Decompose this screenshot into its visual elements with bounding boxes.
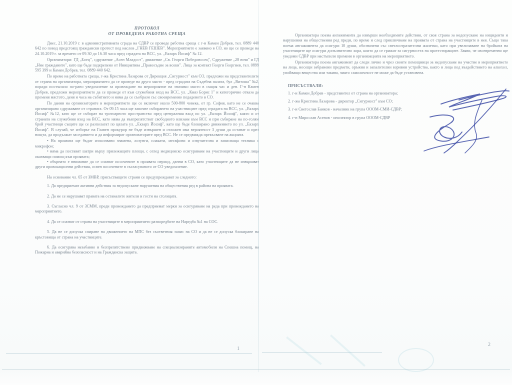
signature-stroke [424, 137, 489, 151]
list-item: 3. Съгласно чл. 9 от ЗСММ, преди провежд… [35, 204, 259, 214]
scan-edge-artifact [6, 353, 252, 354]
list-item: 5. Да не се допуска спиране на движениет… [35, 230, 259, 240]
page-number: 2 [488, 343, 491, 348]
scan-streak-artifact [330, 335, 366, 367]
list-item: 2. Да не се нарушават правата на останал… [35, 194, 259, 199]
paragraph: Организатора поема ангажимент да следи л… [283, 60, 508, 76]
bullet-item: • обърнато е внимание да се спазват посо… [35, 159, 259, 169]
scan-streak-artifact [398, 348, 434, 372]
scan-edge-artifact [262, 352, 382, 353]
scan-streak-artifact [286, 336, 322, 365]
signature-stroke [441, 91, 509, 110]
signature-ink [398, 82, 512, 162]
document-subtitle: ОТ ПРОВЕДЕНА РАБОТНА СРЕЩА [35, 31, 259, 36]
page-number: 1 [237, 347, 240, 352]
bullet-item: • няма да поставят шатри върху прилежащи… [35, 149, 259, 159]
list-item: 1. Да предприемат активни действия за не… [35, 184, 259, 189]
scan-edge-artifact [2, 369, 510, 370]
page-1: ПРОТОКОЛ ОТ ПРОВЕДЕНА РАБОТНА СРЕЩА Днес… [35, 26, 259, 260]
paragraph: Организатора поема ангажимента да извърш… [283, 33, 508, 59]
paragraph: По данни на организаторите в мероприятие… [35, 101, 259, 137]
list-item: 6. Да осигурява незабавно и безпрепятств… [35, 245, 259, 255]
paragraph: Организатори: ГД „Боец", сдружение „Асен… [35, 58, 259, 74]
scanned-document: ПРОТОКОЛ ОТ ПРОВЕДЕНА РАБОТНА СРЕЩА Днес… [0, 0, 512, 385]
page-fold-line [258, 0, 259, 372]
signature-stroke [465, 100, 482, 153]
bullet-item: • На проявата ще бъдат използвани знамен… [35, 139, 259, 149]
paragraph: Днес, 21.10.2019 г. в административната … [35, 41, 259, 57]
list-item: 4. Да се спазват от страна на участницит… [35, 219, 259, 224]
paragraph: По време на работната среща, г-жа Кристи… [35, 74, 259, 100]
signature-stroke [430, 115, 462, 141]
legal-basis-line: На основание чл. 65 от ЗМВР, присъстващи… [35, 175, 259, 180]
